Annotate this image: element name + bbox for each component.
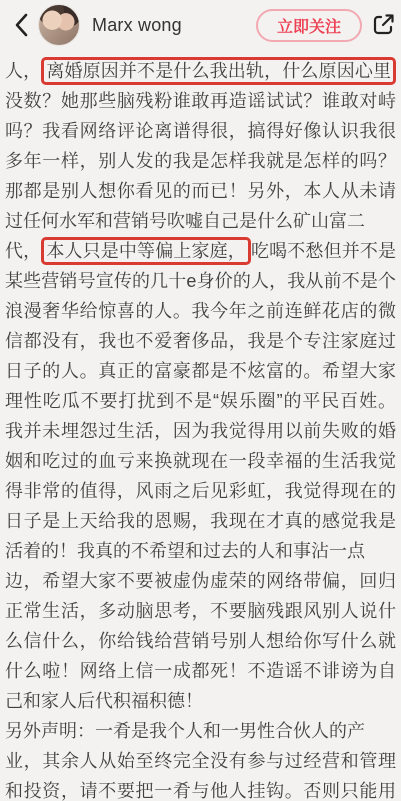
text-segment: 边，希望大家不要被虚伪虚荣的网络带偏，回归 <box>5 571 396 591</box>
avatar[interactable] <box>38 4 80 46</box>
text-segment: 浪漫奢华给惊喜的人。我今年之前连鲜花店的微 <box>5 301 396 321</box>
text-line: 得非常的值得，风雨之后见彩虹，我觉得现在的 <box>5 476 396 506</box>
text-segment: 理性吃瓜不要打扰到不是“娱乐圈”的平民百姓。 <box>5 391 396 411</box>
text-line: 过任何水军和营销号吹嘘自己是什么矿山富二 <box>5 206 396 236</box>
text-segment: 另外声明：一肴是我个人和一男性合伙人的产 <box>5 721 365 741</box>
text-line: 活着的！我真的不希望和过去的人和事沾一点 <box>5 536 396 566</box>
username[interactable]: Marx wong <box>92 15 182 36</box>
text-line: 什么啦！网络上信一成都死！不造谣不诽谤为自 <box>5 656 396 686</box>
text-line: 日子的人。真正的富豪都是不炫富的。希望大家 <box>5 356 396 386</box>
text-line: 人，离婚原因并不是什么我出轨，什么原因心里 <box>5 56 396 86</box>
post-text: 人，离婚原因并不是什么我出轨，什么原因心里没数？她那些脑残粉谁敢再造谣试试？谁敢… <box>0 50 401 801</box>
text-line: 多年一样，别人发的我是怎样我就是怎样的吗？ <box>5 146 396 176</box>
highlighted-text: 本人只是中等偏上家庭， <box>41 237 251 265</box>
text-segment: 活着的！我真的不希望和过去的人和事沾一点 <box>5 541 365 561</box>
text-line: 业，其余人从始至终完全没有参与过经营和管理 <box>5 746 396 776</box>
text-line: 某些营销号宣传的几十e身价的人，我从前不是个 <box>5 266 396 296</box>
text-segment: 和投资，请不要把一肴与他人挂钩。否则只能用 <box>5 781 396 801</box>
text-line: 吗？我看网络评论离谱得很，搞得好像认识我很 <box>5 116 396 146</box>
text-segment: 过任何水军和营销号吹嘘自己是什么矿山富二 <box>5 211 365 231</box>
text-line: 另外声明：一肴是我个人和一男性合伙人的产 <box>5 716 396 746</box>
share-button[interactable] <box>369 10 399 40</box>
chevron-left-icon <box>12 12 32 38</box>
text-line: 和投资，请不要把一肴与他人挂钩。否则只能用 <box>5 776 396 801</box>
highlighted-text: 离婚原因并不是什么我出轨，什么原因心里 <box>41 57 396 85</box>
text-segment: 信都没有，我也不爱奢侈品，我是个专注家庭过 <box>5 331 396 351</box>
share-export-arrow-icon <box>371 12 397 38</box>
back-button[interactable] <box>8 9 36 41</box>
text-segment: 什么啦！网络上信一成都死！不造谣不诽谤为自 <box>5 661 396 681</box>
text-segment: 么信什么，你给钱给营销号别人想给你写什么就 <box>5 631 396 651</box>
text-segment: 得非常的值得，风雨之后见彩虹，我觉得现在的 <box>5 481 396 501</box>
text-line: 没数？她那些脑残粉谁敢再造谣试试？谁敢对峙 <box>5 86 396 116</box>
text-segment: 代， <box>5 241 41 261</box>
text-line: 正常生活，多动脑思考，不要脑残跟风别人说什 <box>5 596 396 626</box>
text-segment: 己和家人后代积福积德！ <box>5 691 203 711</box>
text-line: 浪漫奢华给惊喜的人。我今年之前连鲜花店的微 <box>5 296 396 326</box>
text-line: 边，希望大家不要被虚伪虚荣的网络带偏，回归 <box>5 566 396 596</box>
text-segment: 我并未埋怨过生活，因为我觉得用以前失败的婚 <box>5 421 396 441</box>
text-segment: 某些营销号宣传的几十e身价的人，我从前不是个 <box>5 271 396 291</box>
text-line: 我并未埋怨过生活，因为我觉得用以前失败的婚 <box>5 416 396 446</box>
top-bar: Marx wong 立即关注 <box>0 0 401 50</box>
text-segment: 正常生活，多动脑思考，不要脑残跟风别人说什 <box>5 601 396 621</box>
text-line: 信都没有，我也不爱奢侈品，我是个专注家庭过 <box>5 326 396 356</box>
text-line: 么信什么，你给钱给营销号别人想给你写什么就 <box>5 626 396 656</box>
text-segment: 吃喝不愁但并不是 <box>251 241 396 261</box>
text-line: 日子是上天给我的恩赐，我现在才真的感觉我是 <box>5 506 396 536</box>
text-segment: 多年一样，别人发的我是怎样我就是怎样的吗？ <box>5 151 396 171</box>
text-segment: 姻和吃过的血亏来换就现在一段幸福的生活我觉 <box>5 451 396 471</box>
text-segment: 业，其余人从始至终完全没有参与过经营和管理 <box>5 751 396 771</box>
text-segment: 没数？她那些脑残粉谁敢再造谣试试？谁敢对峙 <box>5 91 396 111</box>
text-segment: 吗？我看网络评论离谱得很，搞得好像认识我很 <box>5 121 396 141</box>
text-line: 那都是别人想你看见的而已！另外，本人从未请 <box>5 176 396 206</box>
text-segment: 日子是上天给我的恩赐，我现在才真的感觉我是 <box>5 511 396 531</box>
text-line: 代，本人只是中等偏上家庭，吃喝不愁但并不是 <box>5 236 396 266</box>
follow-button[interactable]: 立即关注 <box>256 9 362 42</box>
text-segment: 日子的人。真正的富豪都是不炫富的。希望大家 <box>5 361 396 381</box>
text-line: 姻和吃过的血亏来换就现在一段幸福的生活我觉 <box>5 446 396 476</box>
text-line: 理性吃瓜不要打扰到不是“娱乐圈”的平民百姓。 <box>5 386 396 416</box>
text-line: 己和家人后代积福积德！ <box>5 686 396 716</box>
text-segment: 人， <box>5 61 41 81</box>
text-segment: 那都是别人想你看见的而已！另外，本人从未请 <box>5 181 396 201</box>
